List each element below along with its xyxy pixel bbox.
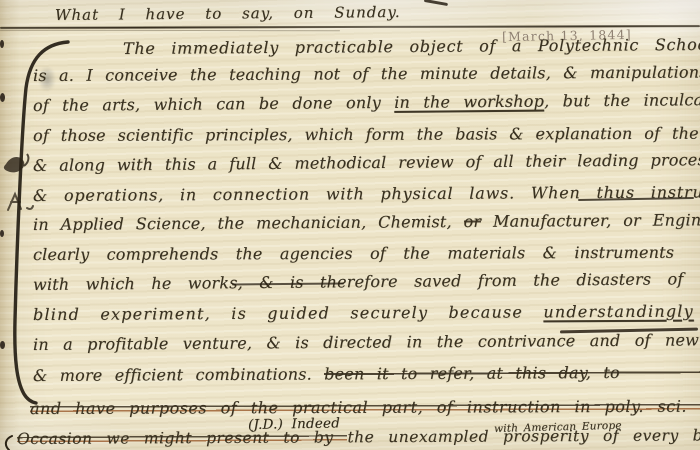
body-line-10-text: blind experiment, is guided securely bec… <box>33 302 543 324</box>
body-line-8: clearly comprehends the agencies of the … <box>33 243 674 265</box>
body-line-4-text: of those scientific principles, which fo… <box>33 124 700 145</box>
body-line-11-text: in a profitable venture, & is directed i… <box>33 330 699 354</box>
body-line-12: & more efficient combinations. been it t… <box>33 363 700 386</box>
manuscript-page: What I have to say, on Sunday. [March 13… <box>0 0 700 450</box>
margin-mark-blot <box>0 148 36 184</box>
body-line-3-underlined: in the workshop <box>394 92 544 112</box>
body-line-4: of those scientific principles, which fo… <box>33 124 700 146</box>
body-line-3-text-c: , but the inculcation <box>544 90 700 111</box>
body-line-7-text-a: in Applied Science, the mechanician, Che… <box>33 212 464 234</box>
edge-speck-1 <box>0 40 4 48</box>
body-line-7: in Applied Science, the mechanician, Che… <box>33 210 700 235</box>
bottom-corner-hook <box>0 430 20 450</box>
body-line-14-text: the unexampled prosperity of every branc… <box>347 426 700 446</box>
body-line-14: Occasion we might present to by the unex… <box>17 425 700 449</box>
body-line-12-struck: been it to refer, at this day, to <box>324 363 700 384</box>
body-line-12-text: & more efficient combinations. <box>33 364 324 385</box>
body-line-2-text: is a. I conceive the teaching not of the… <box>33 62 700 85</box>
body-line-14-struck: Occasion we might present to by <box>17 428 348 448</box>
body-line-6-text: & operations, in connection with physica… <box>33 182 700 205</box>
body-line-6: & operations, in connection with physica… <box>33 182 700 206</box>
edge-speck-4 <box>0 341 5 349</box>
body-line-1: The immediately practicable object of a … <box>123 35 700 59</box>
body-line-5: & along with this a full & methodical re… <box>33 150 700 176</box>
header-line: What I have to say, on Sunday. <box>55 2 401 25</box>
body-line-10-underlined: understandingly <box>543 302 694 322</box>
edge-speck-3 <box>0 230 4 237</box>
body-line-7-struck: or <box>463 212 481 231</box>
margin-mark-initial <box>0 186 36 216</box>
body-line-5-text: & along with this a full & methodical re… <box>33 150 700 175</box>
body-line-10: blind experiment, is guided securely bec… <box>33 302 694 325</box>
body-line-7-text-c: Manufacturer, or Engineer <box>481 210 700 231</box>
body-line-13-struck: and have purposes of the practical part,… <box>30 397 700 418</box>
top-edge-stroke <box>424 0 448 6</box>
edge-speck-2 <box>0 93 5 102</box>
body-line-3: of the arts, which can be done only in t… <box>33 90 700 116</box>
body-line-11: in a profitable venture, & is directed i… <box>33 330 699 355</box>
body-line-2: is a. I conceive the teaching not of the… <box>33 62 700 86</box>
body-line-3-text-a: of the arts, which can be done only <box>33 93 394 115</box>
body-line-1-text: The immediately practicable object of a … <box>123 35 700 58</box>
body-line-8-text: clearly comprehends the agencies of the … <box>33 243 674 264</box>
body-line-9-text: with which he works, & is therefore save… <box>33 269 684 294</box>
body-line-9: with which he works, & is therefore save… <box>33 269 684 295</box>
header-line-text: What I have to say, on Sunday. <box>55 3 401 24</box>
